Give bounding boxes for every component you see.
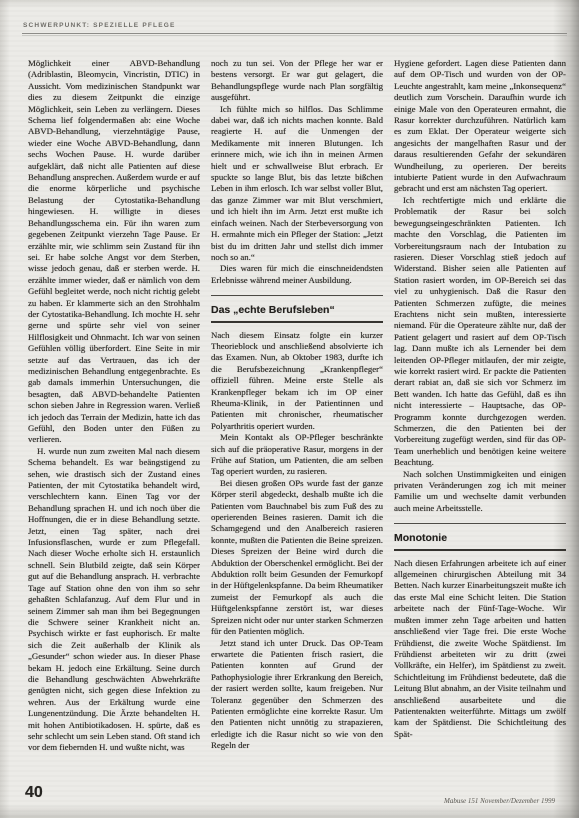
body-paragraph: Ich rechtfertigte mich und erklärte die … xyxy=(394,195,566,469)
body-paragraph: Ich fühlte mich so hilflos. Das Schlimme… xyxy=(211,104,383,264)
header-rule xyxy=(22,33,567,34)
body-paragraph: noch zu tun sei. Von der Pflege her war … xyxy=(211,58,383,104)
page-number: 40 xyxy=(25,784,43,802)
article-columns: Möglichkeit einer ABVD-Behandlung (Adrib… xyxy=(28,58,566,791)
column-3: Hygiene gefordert. Lagen diese Patienten… xyxy=(394,58,566,791)
section-heading-berufsleben: Das „echte Berufsleben“ xyxy=(211,295,383,322)
body-paragraph: Nach diesen Erfahrungen arbeitete ich au… xyxy=(394,558,566,741)
section-heading-monotonie: Monotonie xyxy=(394,523,566,550)
body-paragraph: Dies waren für mich die einschneidendste… xyxy=(211,263,383,286)
body-paragraph: Hygiene gefordert. Lagen diese Patienten… xyxy=(394,58,566,195)
body-paragraph: H. wurde nun zum zweiten Mal nach diesem… xyxy=(28,446,200,754)
scanned-page: Schwerpunkt: Spezielle Pflege Möglichkei… xyxy=(0,0,579,818)
footer-citation: Mabuse 151 November/Dezember 1999 xyxy=(444,797,555,805)
body-paragraph: Mein Kontakt als OP-Pfleger beschränkte … xyxy=(211,432,383,478)
body-paragraph: Nach diesem Einsatz folgte ein kurzer Th… xyxy=(211,330,383,433)
body-paragraph: Nach solchen Unstimmigkeiten und einigen… xyxy=(394,469,566,515)
body-paragraph: Bei diesen großen OPs wurde fast der gan… xyxy=(211,478,383,638)
body-paragraph: Möglichkeit einer ABVD-Behandlung (Adrib… xyxy=(28,58,200,446)
body-paragraph: Jetzt stand ich unter Druck. Das OP-Team… xyxy=(211,638,383,752)
column-1: Möglichkeit einer ABVD-Behandlung (Adrib… xyxy=(28,58,200,791)
page-header: Schwerpunkt: Spezielle Pflege xyxy=(23,22,176,29)
column-2: noch zu tun sei. Von der Pflege her war … xyxy=(211,58,383,791)
